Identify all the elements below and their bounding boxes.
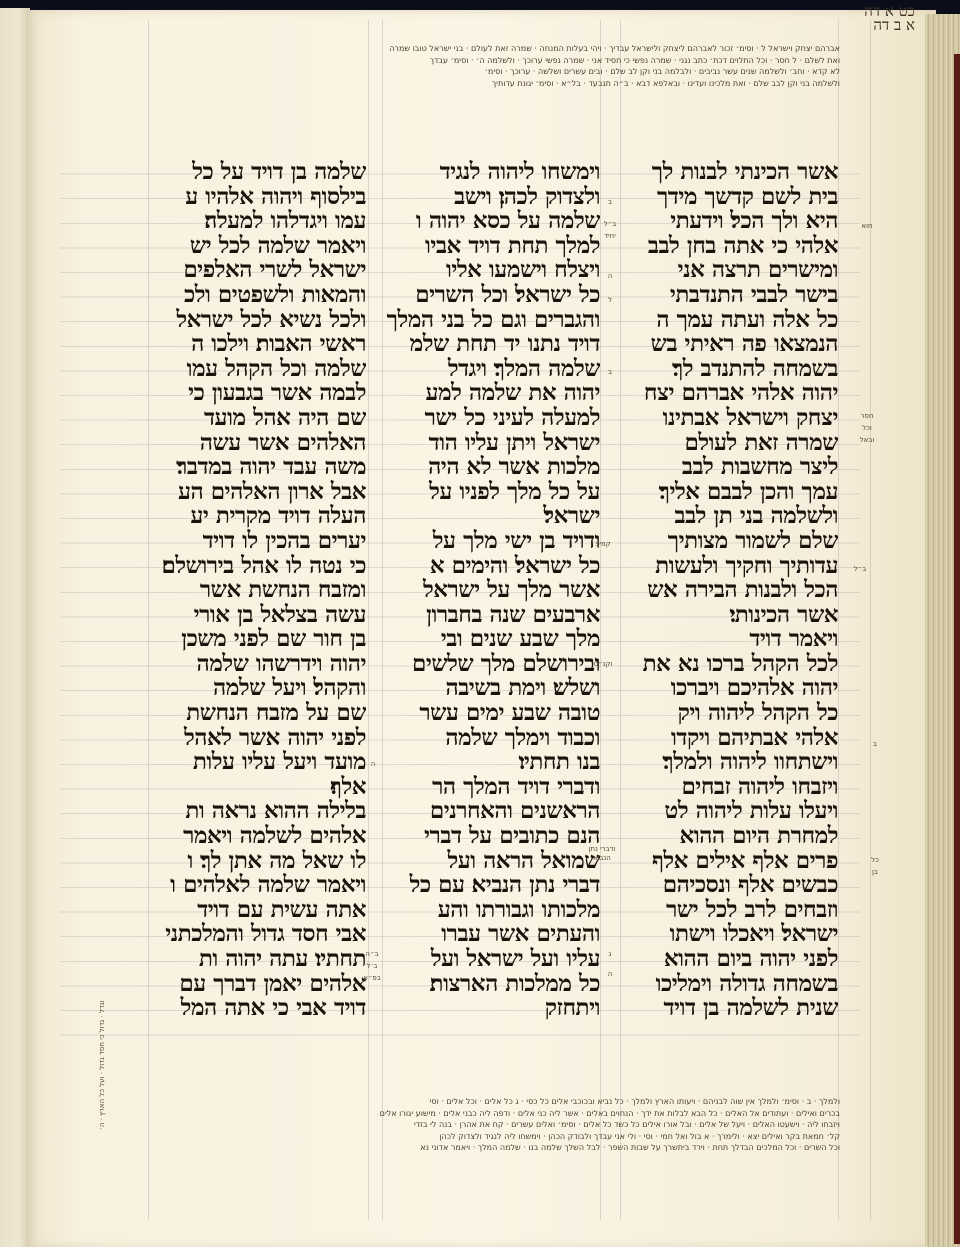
text-line: מלכותו וגבורתו והע xyxy=(382,898,600,923)
text-line: וימשחו ליהוה לנגיד xyxy=(382,160,600,185)
text-line: שמרה זאת לעולם xyxy=(620,431,838,456)
text-line: עמו ויגדלהו למעלה׃ xyxy=(148,209,366,234)
text-line: ראשי האבות׃ וילכו ה xyxy=(148,332,366,357)
masora-magna-top: אברהם יצחק וישראל ל · וסימ׳ זכור לאברהם … xyxy=(150,43,840,89)
text-line: ישראל ויתן עליו הוד xyxy=(382,431,600,456)
masora-parva-note: בן xyxy=(868,868,882,877)
masora-parva-note: ובאל xyxy=(855,436,879,445)
text-line: ארבעים שנה בחברון xyxy=(382,603,600,628)
text-line: ויעלו עלות ליהוה לט xyxy=(620,799,838,824)
text-line: ולשלמה בני תן לבב xyxy=(620,504,838,529)
text-line: העלה דויד מקרית יע xyxy=(148,504,366,529)
masora-magna-bottom: ולמלך · ב · וסימ׳ ולמלך אין שוה לבניהם ·… xyxy=(150,1096,840,1154)
text-line: והקהל׃ ויעל שלמה xyxy=(148,676,366,701)
text-line: מלכות אשר לא היה xyxy=(382,455,600,480)
text-line: כי נטה לו אהל בירושלם׃ xyxy=(148,554,366,579)
text-line: והמאות ולשפטים ולכ xyxy=(148,283,366,308)
text-line: ליצר מחשבות לבב xyxy=(620,455,838,480)
text-line: הנמצאו פה ראיתי בש xyxy=(620,332,838,357)
masora-line: אברהם יצחק וישראל ל · וסימ׳ זכור לאברהם … xyxy=(150,43,840,55)
book-fore-edge xyxy=(925,14,960,1247)
text-line: טובה שבע ימים עשר xyxy=(382,701,600,726)
text-line: בן חור שם לפני משכן xyxy=(148,627,366,652)
text-line: מועד ויעל עליו עלות xyxy=(148,750,366,775)
text-line: ויצלח וישמעו אליו xyxy=(382,258,600,283)
text-column-left: שלמה בן דויד על כל בילסוף ויהוה אלהיו ע … xyxy=(148,160,366,1021)
text-line: בשמחה להתנדב לך׃ xyxy=(620,357,838,382)
masora-parva-note: חסר xyxy=(855,412,879,421)
masora-parva-note: ודברי נתן הנביא xyxy=(586,845,618,863)
masora-parva-note: ב xyxy=(868,740,882,749)
vertical-margin-note: וגדל · גדול כי חסד גדול · ועל כל הארץ · … xyxy=(98,860,112,1130)
text-line: לו שאל מה אתן לך׃ ו xyxy=(148,849,366,874)
text-line: ויאמר שלמה לכל יש xyxy=(148,234,366,259)
text-line: ויאמר שלמה לאלהים ו xyxy=(148,873,366,898)
text-line: שם היה אהל מועד xyxy=(148,406,366,431)
text-line: יצחק וישראל אבתינו xyxy=(620,406,838,431)
text-line: לפני יהוה אשר לאהל xyxy=(148,726,366,751)
text-line: וישתחוו ליהוה ולמלך׃ xyxy=(620,750,838,775)
text-line: דויד נתנו יד תחת שלמ xyxy=(382,332,600,357)
text-line: אתה עשית עם דויד xyxy=(148,898,366,923)
masora-parva-note: ב״ה xyxy=(362,950,382,959)
text-line: שמואל הראה ועל xyxy=(382,849,600,874)
text-line: יהוה אלהיכם ויברכו xyxy=(620,676,838,701)
text-line: בילסוף ויהוה אלהיו ע xyxy=(148,185,366,210)
text-line: ובירושלם מלך שלשים xyxy=(382,652,600,677)
text-line: כל ממלכות הארצות׃ xyxy=(382,972,600,997)
text-line: וכבוד וימלך שלמה xyxy=(382,726,600,751)
folio-number: כט א דה א ב דה xyxy=(835,4,915,32)
text-line: כל אלה ועתה עמך ה xyxy=(620,308,838,333)
masora-line: ויזבחו ליה · וישעטו האלים · ויעל של אלים… xyxy=(150,1119,840,1131)
masora-parva-note: ב׳ל xyxy=(362,962,382,971)
text-line: ומזבח הנחשת אשר xyxy=(148,578,366,603)
text-line: הכל ולבנות הבירה אש xyxy=(620,578,838,603)
text-line: אלהי אבתיהם ויקדו xyxy=(620,726,838,751)
text-line: ויאמר דויד xyxy=(620,627,838,652)
text-line: בישר לבבי התנדבתי xyxy=(620,283,838,308)
masora-parva-note: בפ״א xyxy=(362,974,382,983)
text-line: שלם לשמור מצותיך xyxy=(620,529,838,554)
masora-parva-note: וכל xyxy=(855,424,879,433)
vertical-ruling xyxy=(368,20,369,1220)
text-line: שלמה על כסא יהוה ו xyxy=(382,209,600,234)
masora-line: קל׳ חמאת בקר ואילים יצא · ולימרך · א בול… xyxy=(150,1131,840,1143)
text-line: משה עבד יהוה במדבר׃ xyxy=(148,455,366,480)
text-line: כל ישראל׃ וכל השרים xyxy=(382,283,600,308)
text-line: ולצדוק לכהן׃ וישב xyxy=(382,185,600,210)
masora-parva-note: קמיצ xyxy=(588,540,618,549)
text-line: כבשים אלף ונסכיהם xyxy=(620,873,838,898)
text-line: למעלה לעיני כל ישר xyxy=(382,406,600,431)
text-line: הראשנים והאחרנים xyxy=(382,799,600,824)
text-line: יערים בהכין לו דויד xyxy=(148,529,366,554)
text-line: תחתיו׃ עתה יהוה ות xyxy=(148,947,366,972)
masora-parva-note: ה xyxy=(366,760,380,769)
text-line: אבל ארון האלהים הע xyxy=(148,480,366,505)
text-line: ישראל לשרי האלפים xyxy=(148,258,366,283)
masora-line: לא קדא · וחב׳ ולשלמה שנים עשר נביבים · ו… xyxy=(150,66,840,78)
masora-parva-note: כל xyxy=(868,856,882,865)
text-line: והעתים אשר עברו xyxy=(382,922,600,947)
text-line: עשה בצלאל בן אורי xyxy=(148,603,366,628)
text-line: שלמה המלך׃ ויגדל xyxy=(382,357,600,382)
leather-cover-edge xyxy=(954,54,960,1244)
masora-parva-note: יחיד xyxy=(603,232,617,241)
text-column-middle: וימשחו ליהוה לנגיד ולצדוק לכהן׃ וישב שלמ… xyxy=(382,160,600,1021)
masora-parva-note: ב״ל xyxy=(603,220,617,229)
text-line: בשמחה גדולה וימליכו xyxy=(620,972,838,997)
text-line: אבי חסד גדול והמלכתני xyxy=(148,922,366,947)
text-line: ושלש׃ וימת בשיבה xyxy=(382,676,600,701)
folio-line-2: א ב דה xyxy=(835,18,915,32)
masora-line: בכרים ואילים · ועתודים אל האלים · כל הבא… xyxy=(150,1108,840,1120)
text-line: עדותיך וחקיך ולעשות xyxy=(620,554,838,579)
text-line: יהוה את שלמה למע xyxy=(382,381,600,406)
masora-parva-note: ה xyxy=(603,970,617,979)
text-line: למלך תחת דויד אביו xyxy=(382,234,600,259)
text-line: ישראל׃ ויאכלו וישתו xyxy=(620,922,838,947)
text-line: לפני יהוה ביום ההוא xyxy=(620,947,838,972)
vertical-ruling xyxy=(838,20,839,1220)
text-line: ולכל נשיא לכל ישראל xyxy=(148,308,366,333)
text-line: בלילה ההוא נראה ות xyxy=(148,799,366,824)
text-line: יהוה וידרשהו שלמה xyxy=(148,652,366,677)
text-line: אלהים לשלמה ויאמר xyxy=(148,824,366,849)
masora-line: ולמלך · ב · וסימ׳ ולמלך אין שוה לבניהם ·… xyxy=(150,1096,840,1108)
text-line: עמך והכן לבבם אליך׃ xyxy=(620,480,838,505)
text-line: למחרת היום ההוא xyxy=(620,824,838,849)
text-line: דויד אבי כי אתה המל xyxy=(148,996,366,1021)
text-line: דברי נתן הנביא׃ עם כל xyxy=(382,873,600,898)
masora-parva-note: ב xyxy=(603,198,617,207)
text-line: ודויד בן ישי מלך על xyxy=(382,529,600,554)
text-line: אלהי כי אתה בחן לבב xyxy=(620,234,838,259)
text-line: פרים אלף אילים אלף xyxy=(620,849,838,874)
masora-parva-note: חוא xyxy=(855,222,879,231)
masora-parva-note: ב xyxy=(603,368,617,377)
text-column-right: אשר הכינתי לבנות לך בית לשם קדשך מידך הי… xyxy=(620,160,838,1021)
text-line: ויזבחו ליהוה זבחים xyxy=(620,775,838,800)
text-line: על כל מלך לפניו על xyxy=(382,480,600,505)
masora-line: ואת לשלם · ל חסר · וכל התלוים דכת׳ כתב נ… xyxy=(150,55,840,67)
text-line: ודברי דויד המלך הר xyxy=(382,775,600,800)
text-line: ויתחזק xyxy=(382,996,600,1021)
text-line: שנית לשלמה בן דויד xyxy=(620,996,838,1021)
text-line: מלך שבע שנים ובי xyxy=(382,627,600,652)
masora-parva-note: ב״ל xyxy=(848,565,872,574)
text-line: אלף׃ xyxy=(148,775,366,800)
vertical-ruling xyxy=(870,20,871,1220)
masora-parva-note: ה xyxy=(603,272,617,281)
text-line: והגברים וגם כל בני המלך xyxy=(382,308,600,333)
text-line: האלהים אשר עשה xyxy=(148,431,366,456)
text-line: לכל הקהל ברכו נא את xyxy=(620,652,838,677)
masora-line: ולשלמה בני וקן לבב שלם · ואת מלכינו ועדי… xyxy=(150,78,840,90)
masora-line: וכל השרים · וכל המלכים הבדלך תחת · וירד … xyxy=(150,1142,840,1154)
text-line: כל הקהל ליהוה ויק xyxy=(620,701,838,726)
text-line: שלמה וכל הקהל עמו xyxy=(148,357,366,382)
text-line: הנם כתובים על דברי xyxy=(382,824,600,849)
text-line: לבמה אשר בגבעון כי xyxy=(148,381,366,406)
text-line: כל ישראל׃ והימים א xyxy=(382,554,600,579)
text-line: שם על מזבח הנחשת xyxy=(148,701,366,726)
text-line: היא ולך הכל׃ וידעתי xyxy=(620,209,838,234)
masora-parva-note: ל xyxy=(603,296,617,305)
text-line: ומישרים תרצה אני xyxy=(620,258,838,283)
text-line: אשר מלך על ישראל xyxy=(382,578,600,603)
text-line: אלהים יאמן דברך עם xyxy=(148,972,366,997)
text-line: עליו ועל ישראל ועל xyxy=(382,947,600,972)
masora-parva-note: ג xyxy=(603,950,617,959)
vertical-ruling xyxy=(600,20,601,1220)
text-line: אשר הכינתי לבנות לך xyxy=(620,160,838,185)
text-line: וזבחים לרב לכל ישר xyxy=(620,898,838,923)
masora-parva-note: וקנ״ט xyxy=(588,660,618,669)
text-line: בנו תחתיו׃ xyxy=(382,750,600,775)
text-line: יהוה אלהי אברהם יצח xyxy=(620,381,838,406)
text-line: שלמה בן דויד על כל xyxy=(148,160,366,185)
text-line: ישראל׃ xyxy=(382,504,600,529)
text-line: בית לשם קדשך מידך xyxy=(620,185,838,210)
text-line: אשר הכינותי׃ xyxy=(620,603,838,628)
